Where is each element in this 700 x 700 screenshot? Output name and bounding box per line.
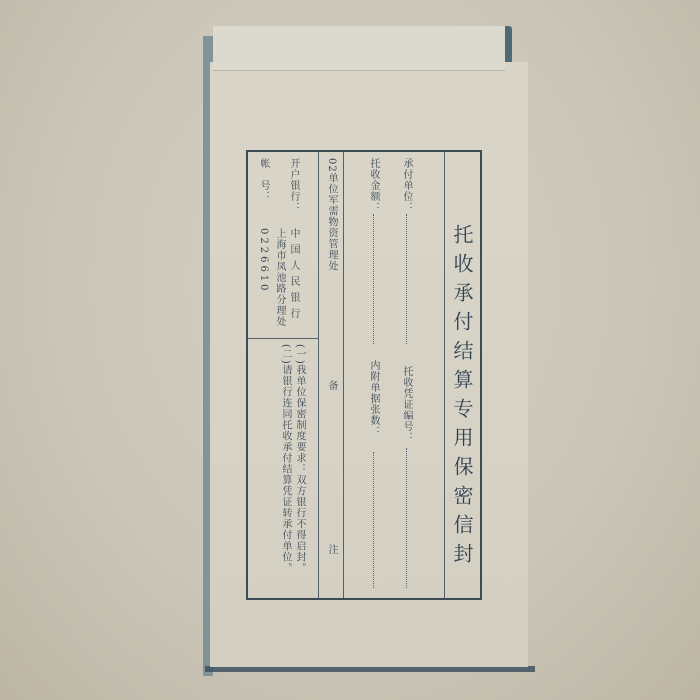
amount-label: 托收金额： xyxy=(366,158,381,213)
divider-notes xyxy=(248,338,318,339)
amount-blank xyxy=(373,214,374,344)
remarks-label-top: 备 xyxy=(324,380,339,391)
voucher-no-label: 托收凭证编号： xyxy=(399,366,414,443)
payer-label: 承付单位： xyxy=(399,158,414,213)
note-2: (二)请银行连同托收承付结算凭证转承付单位。 xyxy=(278,344,293,574)
note-1: (一)我单位保密制度要求：双方银行不得启封。 xyxy=(292,344,307,574)
attachments-blank xyxy=(373,452,374,588)
envelope-title: 托收承付结算专用保密信封 xyxy=(448,224,477,572)
divider-title xyxy=(444,152,445,598)
account-number: 0226610 xyxy=(258,228,269,294)
payer-blank xyxy=(406,214,407,344)
divider-remarks xyxy=(343,152,344,598)
remarks-label-bottom: 注 xyxy=(324,544,339,555)
printed-form-frame: 托收承付结算专用保密信封 承付单位： 托收凭证编号： 托收金额： 内附单据张数：… xyxy=(246,150,482,600)
divider-left-section xyxy=(318,152,319,598)
voucher-no-blank xyxy=(406,448,407,588)
bank-name: 中国人民银行 xyxy=(286,228,301,324)
attachments-label: 内附单据张数： xyxy=(366,360,381,437)
bank-label: 开户银行： xyxy=(286,158,301,213)
envelope-flap xyxy=(213,26,505,71)
bank-branch: 上海市凤池路分理处 xyxy=(272,228,287,327)
sender-unit: 02单位军需物资管理处 xyxy=(324,158,339,272)
account-label: 帐 号： xyxy=(256,158,271,202)
